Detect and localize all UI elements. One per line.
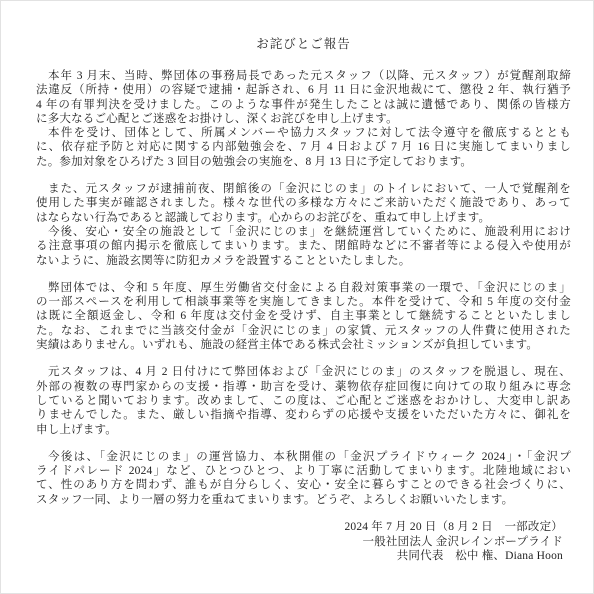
document-section: 今後は、「金沢にじのま」の運営協力、本秋開催の「金沢プライドウィーク 2024」… bbox=[36, 450, 571, 507]
document-body: 本年 3 月末、当時、弊団体の事務局長であった元スタッフ（以降、元スタッフ）が覚… bbox=[36, 69, 571, 507]
document-section: 元スタッフは、4 月 2 日付けにて弊団体および「金沢にじのま」のスタッフを脱退… bbox=[36, 365, 571, 436]
document-line: また、元スタッフが逮捕前夜、閉館後の「金沢にじのま」のトイレにおいて、一人で覚醒… bbox=[36, 182, 571, 196]
document-line: 今後、安心・安全の施設として「金沢にじのま」を継続運営していくために、施設利用に… bbox=[36, 225, 571, 239]
document-page: お詫びとご報告 本年 3 月末、当時、弊団体の事務局長であった元スタッフ（以降、… bbox=[0, 0, 594, 594]
document-line: に、依存症予防と対応に関する内部勉強会を、7 月 4 日および 7 月 16 日… bbox=[36, 140, 571, 154]
document: お詫びとご報告 本年 3 月末、当時、弊団体の事務局長であった元スタッフ（以降、… bbox=[36, 37, 571, 564]
document-line: た。なお、これまでに当該交付金が「金沢にじのま」の家賃、元スタッフの人件費に使用… bbox=[36, 324, 571, 338]
document-line: はならない行為であると認識しております。心からのお詫びを、重ねて申し上げます。 bbox=[36, 211, 571, 225]
document-line: ライドパレード 2024」など、ひとつひとつ、より丁寧に活動してまいります。北陸… bbox=[36, 464, 571, 478]
document-line: 実績はありません。いずれも、施設の経営主体である株式会社ミッションズが負担してい… bbox=[36, 338, 571, 352]
signature-line: 2024 年 7 月 20 日（8 月 2 日 一部改定） bbox=[36, 520, 563, 535]
document-line: に多大なるご心配とご迷惑をお掛けし、深くお詫びを申し上げます。 bbox=[36, 112, 571, 126]
document-section: また、元スタッフが逮捕前夜、閉館後の「金沢にじのま」のトイレにおいて、一人で覚醒… bbox=[36, 182, 571, 268]
paragraph: 元スタッフは、4 月 2 日付けにて弊団体および「金沢にじのま」のスタッフを脱退… bbox=[36, 365, 571, 436]
paragraph: 弊団体では、令和 5 年度、厚生労働省交付金による自殺対策事業の一環で、「金沢に… bbox=[36, 281, 571, 352]
document-section: 本年 3 月末、当時、弊団体の事務局長であった元スタッフ（以降、元スタッフ）が覚… bbox=[36, 69, 571, 169]
signature-line: 共同代表 松中 権、Diana Hoon bbox=[36, 549, 563, 564]
document-line: の一部スペースを利用して相談事業等を実施してきました。本件を受けて、令和 5 年… bbox=[36, 295, 571, 309]
document-line: 法違反（所持・使用）の容疑で逮捕・起訴され、6 月 11 日に金沢地裁にて、懲役… bbox=[36, 83, 571, 97]
paragraph: 本年 3 月末、当時、弊団体の事務局長であった元スタッフ（以降、元スタッフ）が覚… bbox=[36, 69, 571, 126]
document-line: 使用した事実が確認されました。様々な世代の多様な方々にご来訪いただく施設であり、… bbox=[36, 196, 571, 210]
document-line: 今後は、「金沢にじのま」の運営協力、本秋開催の「金沢プライドウィーク 2024」… bbox=[36, 450, 571, 464]
document-line: る注意事項の館内掲示を徹底してまいります。また、閉館時などに不審者等による侵入や… bbox=[36, 239, 571, 253]
document-line: 申し上げます。 bbox=[36, 423, 571, 437]
document-line: 本件を受け、団体として、所属メンバーや協力スタッフに対して法令遵守を徹底するとと… bbox=[36, 126, 571, 140]
document-line: スタッフ一同、より一層の努力を重ねてまいります。どうぞ、よろしくお願いいたします… bbox=[36, 493, 571, 507]
signature-block: 2024 年 7 月 20 日（8 月 2 日 一部改定）一般社団法人 金沢レイ… bbox=[36, 520, 563, 564]
document-line: していると聞いております。改めまして、この度は、ご心配とご迷惑をおかけし、大変申… bbox=[36, 394, 571, 408]
document-line: 元スタッフは、4 月 2 日付けにて弊団体および「金沢にじのま」のスタッフを脱退… bbox=[36, 365, 571, 379]
document-line: は既に全額返金し、令和 6 年度は交付金を受けず、自主事業として継続することとい… bbox=[36, 309, 571, 323]
paragraph: 本件を受け、団体として、所属メンバーや協力スタッフに対して法令遵守を徹底するとと… bbox=[36, 126, 571, 169]
document-line: りませんでした。また、厳しい指摘や指導、変わらずの応援や支援をいただいた方々に、… bbox=[36, 408, 571, 422]
document-line: て、性のあり方を問わず、誰もが自分らしく、安心・安全に暮らすことのできる社会づく… bbox=[36, 478, 571, 492]
document-line: 4 年の有罪判決を受けました。このような事件が発生したことは誠に遺憾であり、関係… bbox=[36, 98, 571, 112]
paragraph: 今後、安心・安全の施設として「金沢にじのま」を継続運営していくために、施設利用に… bbox=[36, 225, 571, 268]
document-line: ないように、施設玄関等に防犯カメラを設置することといたしました。 bbox=[36, 254, 571, 268]
paragraph: 今後は、「金沢にじのま」の運営協力、本秋開催の「金沢プライドウィーク 2024」… bbox=[36, 450, 571, 507]
document-section: 弊団体では、令和 5 年度、厚生労働省交付金による自殺対策事業の一環で、「金沢に… bbox=[36, 281, 571, 352]
document-line: た。参加対象をひろげた 3 回目の勉強会の実施を、8 月 13 日に予定しており… bbox=[36, 155, 571, 169]
document-line: 外部の複数の専門家からの支援・指導・助言を受け、薬物依存症回復に向けての取り組み… bbox=[36, 380, 571, 394]
document-title: お詫びとご報告 bbox=[36, 37, 571, 52]
paragraph: また、元スタッフが逮捕前夜、閉館後の「金沢にじのま」のトイレにおいて、一人で覚醒… bbox=[36, 182, 571, 225]
signature-line: 一般社団法人 金沢レインボープライド bbox=[36, 535, 563, 550]
document-line: 弊団体では、令和 5 年度、厚生労働省交付金による自殺対策事業の一環で、「金沢に… bbox=[36, 281, 571, 295]
document-line: 本年 3 月末、当時、弊団体の事務局長であった元スタッフ（以降、元スタッフ）が覚… bbox=[36, 69, 571, 83]
